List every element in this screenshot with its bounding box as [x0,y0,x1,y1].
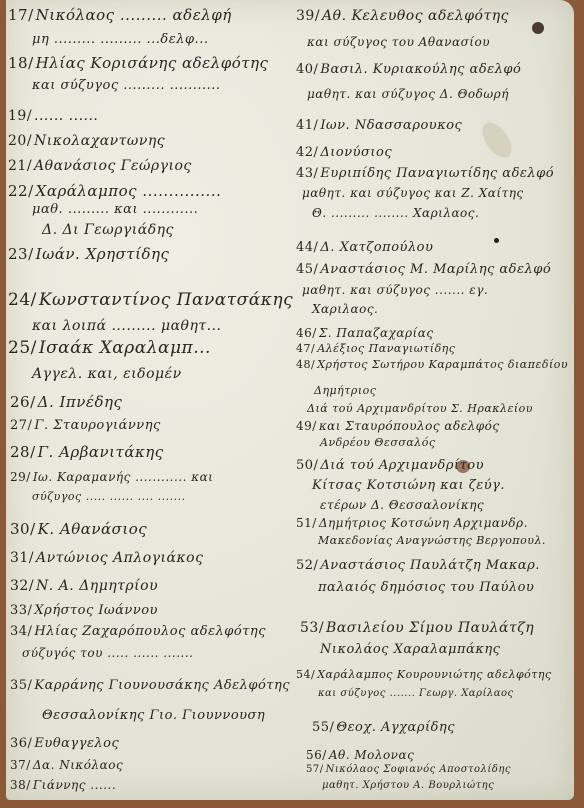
entry-number: 29/ [10,470,31,484]
entry-number: 48/ [296,358,315,371]
manuscript-entry: 30/Κ. Αθανάσιος [10,520,147,538]
manuscript-entry: 33/Χρήστος Ιωάννου [10,603,158,618]
entry-text: Μακεδονίας Αναγνώστης Βεργοπουλ. [318,534,546,547]
entry-number: 32/ [10,578,34,594]
entry-text: Καρράνης Γιουνουσάκης Αδελφότης [34,678,290,693]
entry-number: 26/ [10,393,36,411]
entry-text: μαθητ. και σύζυγος ....... εγ. [302,283,488,297]
entry-text: παλαιός δημόσιος του Παύλου [318,580,534,595]
manuscript-entry: μη ......... ......... ...δελφ... [30,32,208,47]
manuscript-entry: Θ. ......... ........ Χαριλαος. [310,206,479,220]
manuscript-entry: 20/Νικολαχαντωνης [8,133,165,149]
entry-text: Ηλίας Κορισάνης αδελφότης [36,54,269,72]
entry-text: Βασιλ. Κυριακούλης αδελφό [320,62,521,77]
manuscript-entry: 17/Νικόλαος ......... αδελφή [8,6,232,24]
entry-number: 51/ [296,516,317,530]
entry-text: Θεσσαλονίκης Γιο. Γιουννουση [42,708,265,723]
manuscript-entry: 35/Καρράνης Γιουνουσάκης Αδελφότης [10,678,290,693]
manuscript-entry: 53/Βασιλείου Σίμου Παυλάτζη [300,620,534,636]
manuscript-entry: 44/Δ. Χατζοπούλου [296,240,433,255]
manuscript-page: 17/Νικόλαος ......... αδελφήμη .........… [6,0,574,800]
entry-number: 31/ [10,550,34,566]
entry-text: Ευθαγγελος [34,736,119,751]
entry-text: Διά τού Αρχιμανδρίτου [320,458,484,473]
entry-text: Ανδρέου Θεσσαλός [320,436,436,449]
entry-text: Νικολάος Χαραλαμπάκης [320,642,500,657]
entry-number: 25/ [8,338,37,358]
entry-number: 23/ [8,245,34,263]
manuscript-entry: Μακεδονίας Αναγνώστης Βεργοπουλ. [316,534,546,547]
manuscript-entry: 52/Αναστάσιος Παυλάτζη Μακαρ. [296,558,540,573]
manuscript-entry: 29/Ιω. Καραμανής ............ και [10,470,213,484]
entry-number: 54/ [296,668,315,681]
manuscript-entry: σύζυγος ..... ...... .... ....... [30,490,186,503]
entry-number: 33/ [10,603,32,618]
manuscript-entry: Κίτσας Κοτσιώνη και ζεύγ. [310,478,505,493]
entry-text: Χρήστος Ιωάννου [34,603,158,618]
manuscript-entry: και σύζυγος ......... ........... [30,78,221,93]
entry-text: και σύζυγος ....... Γεωργ. Χαρίλαος [318,688,514,699]
entry-text: Δημήτριος [314,384,376,397]
faint-stain [477,117,518,162]
manuscript-entry: Διά τού Αρχιμανδρίτου Σ. Ηρακλείου [305,402,533,415]
entry-number: 47/ [296,342,315,355]
entry-text: Χαράλαμπος ............... [36,182,222,200]
entry-text: Αντώνιος Απλογιάκος [36,550,203,566]
manuscript-entry: μαθ. ......... και ............ [30,202,198,217]
entry-number: 18/ [8,54,34,72]
entry-number: 34/ [10,624,32,639]
manuscript-entry: 45/Αναστάσιος Μ. Μαρίλης αδελφό [296,262,551,277]
entry-number: 38/ [10,778,31,792]
manuscript-entry: 21/Αθανάσιος Γεώργιος [8,158,192,174]
entry-text: μαθητ. και σύζυγος Δ. Θοδωρή [307,87,509,101]
manuscript-entry: και σύζυγος ....... Γεωργ. Χαρίλαος [316,688,514,699]
entry-number: 55/ [312,720,334,735]
entry-text: ...... ...... [34,108,98,124]
entry-text: Βασιλείου Σίμου Παυλάτζη [326,620,534,636]
entry-number: 52/ [296,558,318,573]
entry-number: 53/ [300,620,324,636]
entry-number: 56/ [306,748,327,762]
manuscript-entry: μαθητ. Χρήστου Α. Βουρλιώτης [320,780,494,791]
entry-number: 19/ [8,108,32,124]
entry-text: μη ......... ......... ...δελφ... [32,32,208,47]
manuscript-entry: 36/Ευθαγγελος [10,736,119,751]
manuscript-entry: Θεσσαλονίκης Γιο. Γιουννουση [40,708,265,723]
entry-number: 49/ [296,419,317,433]
manuscript-entry: 24/Κωνσταντίνος Πανατσάκης [8,290,293,310]
manuscript-entry: 19/...... ...... [8,108,98,124]
manuscript-entry: 56/Αθ. Μολονας [306,748,414,762]
manuscript-entry: 39/Αθ. Κελευθος αδελφότης [296,8,509,24]
manuscript-entry: Δημήτριος [312,384,376,397]
entry-text: μαθητ. Χρήστου Α. Βουρλιώτης [322,780,494,791]
manuscript-entry: μαθητ. και σύζυγος Δ. Θοδωρή [305,87,509,101]
manuscript-entry: 37/Δα. Νικόλαος [10,758,123,772]
entry-text: Γ. Σταυρογιάννης [34,418,160,433]
entry-number: 40/ [296,62,318,77]
manuscript-entry: 32/Ν. Α. Δημητρίου [10,578,158,594]
manuscript-entry: μαθητ. και σύζυγος και Ζ. Χαίτης [300,186,524,200]
entry-text: Χαράλαμπος Κουρουνιώτης αδελφότης [317,668,551,681]
entry-text: Αναστάσιος Παυλάτζη Μακαρ. [320,558,540,573]
manuscript-entry: 27/Γ. Σταυρογιάννης [10,418,161,433]
manuscript-entry: και σύζυγος του Αθανασίου [305,35,490,49]
entry-text: Αθ. Κελευθος αδελφότης [322,8,509,24]
entry-text: Χαριλαος. [312,302,378,316]
entry-text: Διά τού Αρχιμανδρίτου Σ. Ηρακλείου [307,402,533,415]
entry-text: σύζυγος ..... ...... .... ....... [32,490,186,503]
manuscript-entry: 49/και Σταυρόπουλος αδελφός [296,419,500,433]
entry-number: 42/ [296,145,318,160]
manuscript-entry: 47/Αλέξιος Παναγιωτίδης [296,342,455,355]
manuscript-entry: 41/Ιων. Νδασσαρουκος [296,118,462,133]
entry-text: Θ. ......... ........ Χαριλαος. [312,206,479,220]
manuscript-entry: 42/Διονύσιος [296,145,392,160]
entry-number: 30/ [10,520,36,538]
entry-text: Δ. Δι Γεωργιάδης [42,222,174,238]
entry-text: Ισαάκ Χαραλαμπ... [39,338,211,358]
entry-number: 39/ [296,8,320,24]
manuscript-entry: 38/Γιάννης ...... [10,778,116,792]
manuscript-entry: και λοιπά ......... μαθητ... [30,318,221,334]
entry-text: Αλέξιος Παναγιωτίδης [317,342,455,355]
entry-number: 37/ [10,758,31,772]
entry-text: Νικόλαος ......... αδελφή [36,6,232,24]
entry-text: Θεοχ. Αγχαρίδης [336,720,455,735]
entry-text: Κίτσας Κοτσιώνη και ζεύγ. [312,478,505,493]
entry-text: Δ. Χατζοπούλου [320,240,433,255]
entry-number: 20/ [8,133,32,149]
entry-text: Δημήτριος Κοτσώνη Αρχιμανδρ. [319,516,528,530]
entry-text: Ηλίας Ζαχαρόπουλος αδελφότης [34,624,266,639]
entry-number: 35/ [10,678,32,693]
manuscript-entry: 40/Βασιλ. Κυριακούλης αδελφό [296,62,521,77]
entry-number: 41/ [296,118,318,133]
manuscript-entry: 34/Ηλίας Ζαχαρόπουλος αδελφότης [10,624,266,639]
entry-number: 24/ [8,290,37,310]
manuscript-entry: 46/Σ. Παπαζαχαρίας [296,326,434,340]
entry-number: 27/ [10,418,32,433]
entry-number: 17/ [8,6,34,24]
entry-text: Ν. Α. Δημητρίου [36,578,158,594]
manuscript-entry: 26/Δ. Ιπνέδης [10,393,122,411]
entry-text: ετέρων Δ. Θεσσαλονίκης [320,498,484,512]
entry-text: Ιωάν. Χρηστίδης [36,245,170,263]
manuscript-entry: 51/Δημήτριος Κοτσώνη Αρχιμανδρ. [296,516,528,530]
manuscript-entry: ετέρων Δ. Θεσσαλονίκης [318,498,484,512]
entry-number: 36/ [10,736,32,751]
manuscript-entry: 50/Διά τού Αρχιμανδρίτου [296,458,484,473]
entry-text: Αθανάσιος Γεώργιος [34,158,192,174]
manuscript-entry: Αγγελ. και, ειδομέν [30,366,182,382]
entry-text: Ιων. Νδασσαρουκος [320,118,462,133]
manuscript-entry: 43/Ευριπίδης Παναγιωτίδης αδελφό [296,166,554,181]
manuscript-entry: παλαιός δημόσιος του Παύλου [316,580,534,595]
manuscript-entry: 25/Ισαάκ Χαραλαμπ... [8,338,211,358]
entry-text: Κ. Αθανάσιος [38,520,148,538]
entry-number: 45/ [296,262,318,277]
entry-text: σύζυγός του ..... ...... ....... [22,646,193,660]
entry-text: Διονύσιος [320,145,392,160]
manuscript-entry: 48/Χρήστος Σωτήρου Καραμπάτος διαπεδίου [296,358,568,371]
entry-text: Αγγελ. και, ειδομέν [32,366,182,382]
manuscript-entry: Δ. Δι Γεωργιάδης [40,222,174,238]
manuscript-entry: Νικολάος Χαραλαμπάκης [318,642,500,657]
manuscript-entry: 57/Νικόλαος Σοφιανός Αποστολίδης [306,764,511,775]
entry-number: 43/ [296,166,318,181]
entry-text: και λοιπά ......... μαθητ... [32,318,221,334]
entry-text: Νικολαχαντωνης [34,133,165,149]
manuscript-entry: Ανδρέου Θεσσαλός [318,436,436,449]
entry-number: 57/ [306,764,324,775]
entry-text: Δα. Νικόλαος [33,758,123,772]
entry-text: Ευριπίδης Παναγιωτίδης αδελφό [320,166,554,181]
entry-text: μαθ. ......... και ............ [32,202,198,217]
entry-text: Κωνσταντίνος Πανατσάκης [39,290,293,310]
entry-text: και σύζυγος του Αθανασίου [307,35,490,49]
entry-text: Σ. Παπαζαχαρίας [319,326,434,340]
entry-text: Γιάννης ...... [33,778,116,792]
entry-text: Νικόλαος Σοφιανός Αποστολίδης [326,764,511,775]
manuscript-entry: 23/Ιωάν. Χρηστίδης [8,245,169,263]
entry-text: Γ. Αρβανιτάκης [38,443,164,461]
entry-text: και σύζυγος ......... ........... [32,78,221,93]
ink-blot [532,22,544,34]
entry-number: 44/ [296,240,318,255]
entry-text: και Σταυρόπουλος αδελφός [319,419,500,433]
entry-number: 22/ [8,182,34,200]
entry-text: Χρήστος Σωτήρου Καραμπάτος διαπεδίου [317,358,568,371]
entry-text: Ιω. Καραμανής ............ και [33,470,214,484]
entry-text: Δ. Ιπνέδης [38,393,123,411]
manuscript-entry: 28/Γ. Αρβανιτάκης [10,443,164,461]
entry-text: Αθ. Μολονας [329,748,414,762]
manuscript-entry: 31/Αντώνιος Απλογιάκος [10,550,203,566]
manuscript-entry: 18/Ηλίας Κορισάνης αδελφότης [8,54,268,72]
entry-text: μαθητ. και σύζυγος και Ζ. Χαίτης [302,186,524,200]
manuscript-entry: 55/Θεοχ. Αγχαρίδης [312,720,455,735]
manuscript-entry: σύζυγός του ..... ...... ....... [20,646,193,660]
entry-number: 28/ [10,443,36,461]
entry-text: Αναστάσιος Μ. Μαρίλης αδελφό [320,262,551,277]
manuscript-entry: Χαριλαος. [310,302,378,316]
manuscript-entry: 22/Χαράλαμπος ............... [8,182,221,200]
entry-number: 21/ [8,158,32,174]
manuscript-entry: μαθητ. και σύζυγος ....... εγ. [300,283,488,297]
entry-number: 50/ [296,458,318,473]
entry-number: 46/ [296,326,317,340]
manuscript-entry: 54/Χαράλαμπος Κουρουνιώτης αδελφότης [296,668,552,681]
ink-dot [494,238,499,243]
